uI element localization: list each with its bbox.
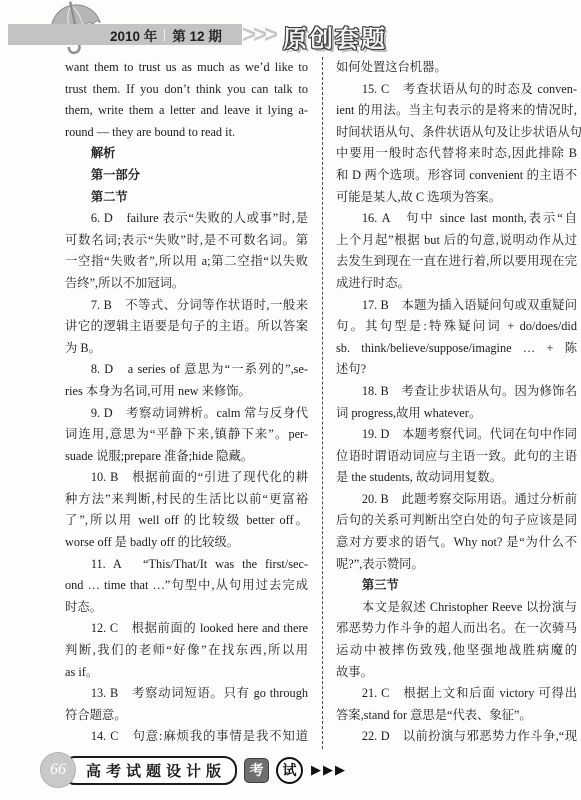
page-footer: 66 高考试题设计版 考 试 ▶▶▶ [40, 752, 347, 788]
text-line: them, write them a letter and leave it l… [65, 100, 308, 122]
text-line: 15. C 考查状语从句的时态及 conven- [336, 79, 577, 101]
text-line: 解析 [65, 143, 308, 165]
text-line: as if。 [65, 662, 308, 684]
text-line: 如何处置这台机器。 [336, 57, 577, 79]
text-line: ient 的用法。当主句表示的是将来的情况时, [336, 100, 577, 122]
text-line: 18. B 考查让步状语从句。因为修饰名 [336, 381, 577, 403]
text-line: 去发生到现在一直在进行着,所以要用现在完 [336, 251, 577, 273]
text-line: sb. think/believe/suppose/imagine … + 陈 [336, 338, 577, 360]
kao-badge: 考 [244, 758, 269, 783]
text-line: 一空指“失败者”,所以用 a;第二空指“以失败 [65, 251, 308, 273]
text-line: 讲它的逻辑主语要是句子的主语。所以答案 [65, 316, 308, 338]
text-line: 中要用一般时态代替将来时态,因此排除 B [336, 143, 577, 165]
logo-text: 原创套题 [283, 19, 387, 54]
text-line: 为 B。 [65, 338, 308, 360]
main-columns: want them to trust us as much as we’d li… [65, 57, 577, 749]
text-line: 9. D 考察动词辨析。calm 常与反身代 [65, 403, 308, 425]
text-line: 词 progress,故用 whatever。 [336, 403, 577, 425]
text-line: 位语时谓语动词应与主语一致。此句的主语 [336, 446, 577, 468]
text-line: 14. C 句意:麻烦我的事情是我不知道 [65, 726, 308, 748]
text-line: 邪恶势力作斗争的超人而出名。在一次骑马 [336, 618, 577, 640]
text-line: 意对方要求的语气。Why not? 是“为什么不 [336, 532, 577, 554]
edition-label: 高考试题设计版 [62, 756, 237, 785]
text-line: 21. C 根据上文和后面 victory 可得出 [336, 683, 577, 705]
text-line: 符合题意。 [65, 705, 308, 727]
text-line: 本文是叙述 Christopher Reeve 以扮演与 [336, 597, 577, 619]
magazine-page: 2010 年 第 12 期 >>> 原创套题 want them to trus… [0, 0, 581, 800]
text-line: 7. B 不等式、分词等作状语时,一般来 [65, 295, 308, 317]
text-line: 16. A 句中 since last month,表示“自 [336, 208, 577, 230]
shi-badge: 试 [276, 757, 303, 784]
text-line: 告终”,所以不加冠词。 [65, 273, 308, 295]
text-line: 运动中被摔伤致残,他坚强地战胜病魔的 [336, 640, 577, 662]
text-line: round — they are bound to read it. [65, 122, 308, 144]
text-line: 11. A “This/That/It was the first/sec- [65, 554, 308, 576]
column-divider [322, 57, 323, 749]
text-line: 8. D a series of 意思为“一系列的”,se- [65, 359, 308, 381]
text-line: 19. D 本题考察代词。代词在句中作同 [336, 424, 577, 446]
text-line: ries 本身为名词,可用 new 来修饰。 [65, 381, 308, 403]
text-line: 判断,我们的老师“好像”在找东西,所以用 [65, 640, 308, 662]
text-line: 呢?”,表示赞同。 [336, 554, 577, 576]
text-line: 时态。 [65, 597, 308, 619]
page-header: 2010 年 第 12 期 >>> 原创套题 [0, 0, 581, 56]
text-line: 20. B 此题考察交际用语。通过分析前 [336, 489, 577, 511]
page-number-badge: 66 [40, 752, 76, 788]
bar-separator [164, 29, 165, 41]
text-line: 可数名词;表示“失败”时,是不可数名词。第 [65, 230, 308, 252]
text-line: 13. B 考察动词短语。只有 go through [65, 683, 308, 705]
text-line: 成进行时态。 [336, 273, 577, 295]
text-line: 上个月起”根据 but 后的句意,说明动作从过 [336, 230, 577, 252]
text-line: 6. D failure 表示“失败的人或事”时,是 [65, 208, 308, 230]
forward-arrows-icon: ▶▶▶ [311, 763, 347, 778]
chevrons-icon: >>> [242, 20, 275, 49]
text-line: 后句的关系可判断出空白处的句子应该是同 [336, 510, 577, 532]
text-line: 是 the students, 故动词用复数。 [336, 467, 577, 489]
text-line: 第一部分 [65, 165, 308, 187]
text-line: 词连用,意思为“平静下来,镇静下来”。per- [65, 424, 308, 446]
left-column: want them to trust us as much as we’d li… [65, 57, 308, 749]
text-line: 述句? [336, 359, 577, 381]
text-line: worse off 是 badly off 的比较级。 [65, 532, 308, 554]
text-line: 了”,所以用 well off 的比较级 better off。 [65, 510, 308, 532]
text-line: 和 D 两个选项。形容词 convenient 的主语不 [336, 165, 577, 187]
text-line: 种方法”来判断,村民的生活比以前“更富裕 [65, 489, 308, 511]
issue-number-label: 第 12 期 [172, 25, 222, 45]
text-line: 故事。 [336, 662, 577, 684]
text-line: ond … time that …”句型中,从句用过去完成 [65, 575, 308, 597]
text-line: 22. D 以前扮演与邪恶势力作斗争,“现 [336, 726, 577, 748]
right-column: 如何处置这台机器。15. C 考查状语从句的时态及 conven-ient 的用… [336, 57, 577, 749]
text-line: 时间状语从句、条件状语从句及让步状语从句 [336, 122, 577, 144]
text-line: suade 说服;prepare 准备;hide 隐藏。 [65, 446, 308, 468]
text-line: 第三节 [336, 575, 577, 597]
text-line: 17. B 本题为插入语疑问句或双重疑问 [336, 295, 577, 317]
text-line: 10. B 根据前面的“引进了现代化的耕 [65, 467, 308, 489]
text-line: 12. C 根据前面的 looked here and there [65, 618, 308, 640]
text-line: 答案,stand for 意思是“代表、象征”。 [336, 705, 577, 727]
text-line: want them to trust us as much as we’d li… [65, 57, 308, 79]
issue-bar: 2010 年 第 12 期 [8, 24, 242, 45]
text-line: 第二节 [65, 187, 308, 209]
year-label: 2010 年 [110, 25, 157, 45]
text-line: 可能是某人,故 C 选项为答案。 [336, 187, 577, 209]
text-line: trust them. If you don’t think you can t… [65, 79, 308, 101]
text-line: 句。其句型是:特殊疑问词 + do/does/did [336, 316, 577, 338]
